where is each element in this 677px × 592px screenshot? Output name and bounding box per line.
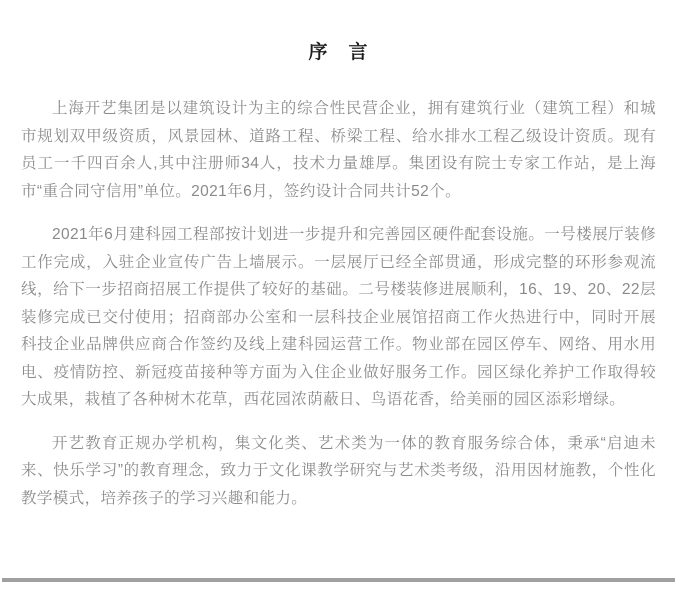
document-body: 上海开艺集团是以建筑设计为主的综合性民营企业，拥有建筑行业（建筑工程）和城市规划…: [21, 95, 656, 512]
paragraph-company-intro: 上海开艺集团是以建筑设计为主的综合性民营企业，拥有建筑行业（建筑工程）和城市规划…: [21, 95, 656, 205]
paragraph-education: 开艺教育正规办学机构，集文化类、艺术类为一体的教育服务综合体，秉承“启迪未来、快…: [21, 430, 656, 513]
paragraph-park-progress: 2021年6月建科园工程部按计划进一步提升和完善园区硬件配套设施。一号楼展厅装修…: [21, 221, 656, 414]
document-page: 序 言 上海开艺集团是以建筑设计为主的综合性民营企业，拥有建筑行业（建筑工程）和…: [0, 0, 677, 592]
page-title: 序 言: [0, 0, 677, 65]
page-bottom-border: [2, 578, 675, 582]
